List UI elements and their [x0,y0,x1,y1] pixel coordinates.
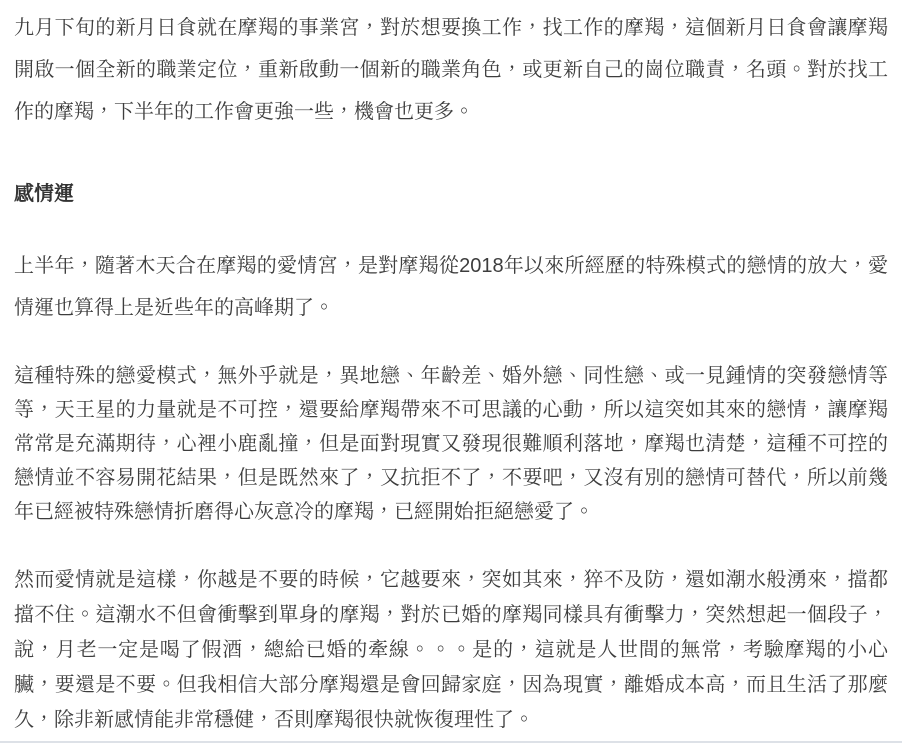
love-patterns-paragraph: 這種特殊的戀愛模式，無外乎就是，異地戀、年齡差、婚外戀、同性戀、或一見鍾情的突發… [14,359,888,529]
love-section-heading: 感情運 [14,179,888,209]
love-intro-paragraph: 上半年，隨著木天合在摩羯的愛情宮，是對摩羯從2018年以來所經歷的特殊模式的戀情… [14,245,888,329]
love-conclusion-paragraph: 然而愛情就是這樣，你越是不要的時候，它越要來，突如其來，猝不及防，還如潮水般湧來… [14,563,888,738]
bottom-divider [0,741,902,743]
career-paragraph: 九月下旬的新月日食就在摩羯的事業宮，對於想要換工作，找工作的摩羯，這個新月日食會… [14,7,888,133]
horoscope-article: 九月下旬的新月日食就在摩羯的事業宮，對於想要換工作，找工作的摩羯，這個新月日食會… [0,0,902,738]
